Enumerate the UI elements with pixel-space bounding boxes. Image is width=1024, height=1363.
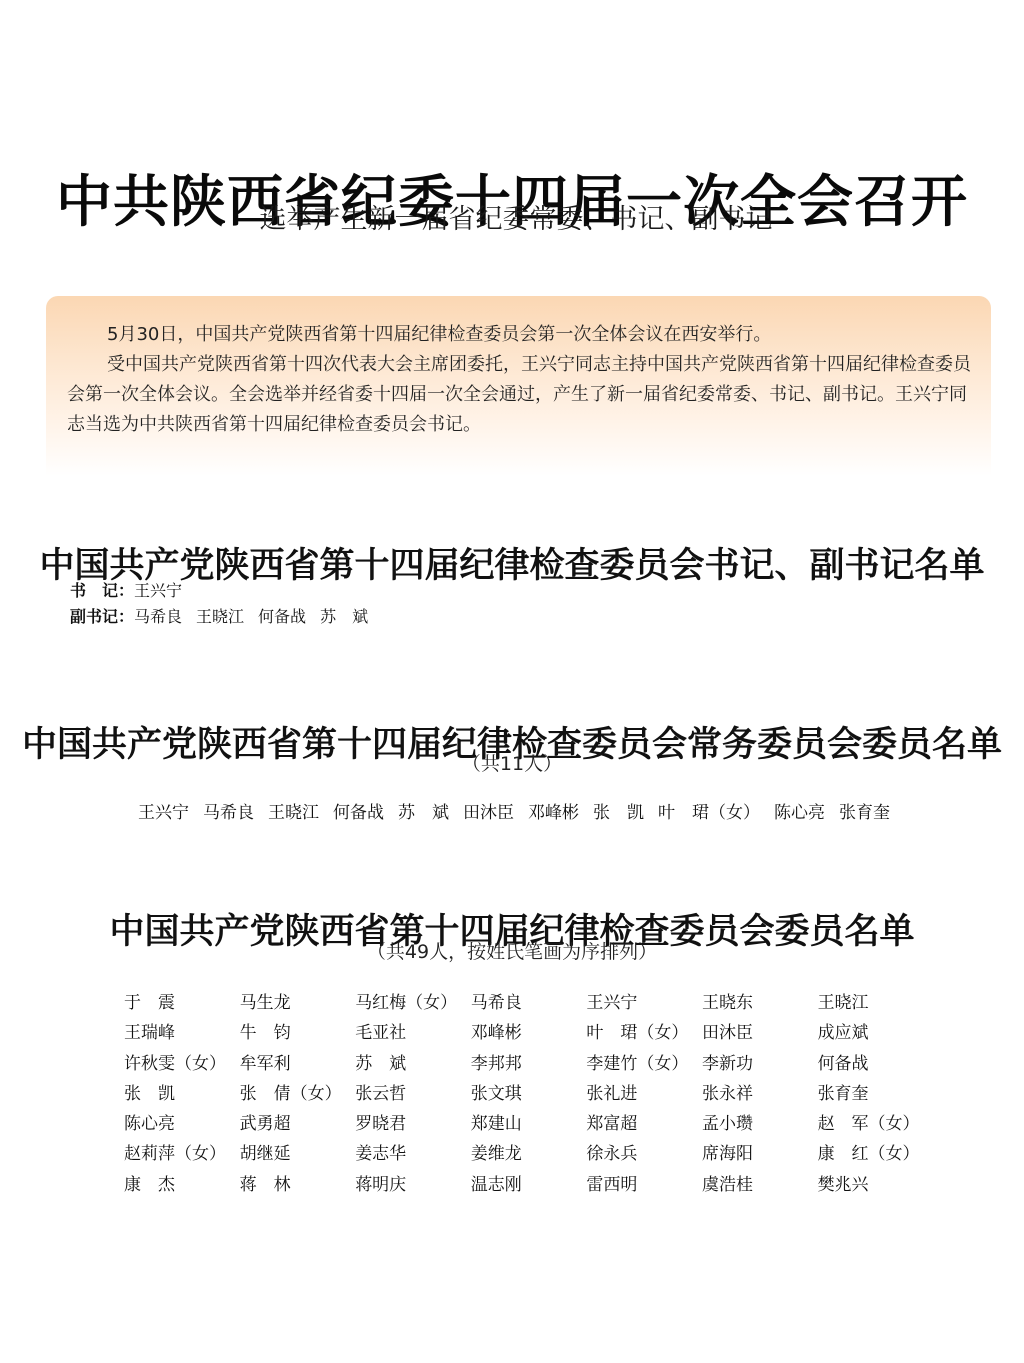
committee-count: （共49人，按姓氏笔画为序排列）	[0, 939, 1024, 965]
committee-member: 蒋明庆	[355, 1172, 471, 1202]
deputy-secretary-row: 副书记：马希良王晓江何备战苏 斌	[70, 605, 382, 629]
committee-member: 武勇超	[240, 1111, 356, 1141]
committee-member: 张永祥	[702, 1081, 818, 1111]
committee-member: 马红梅（女）	[355, 990, 471, 1020]
committee-member: 邓峰彬	[471, 1020, 587, 1050]
committee-member: 姜维龙	[471, 1141, 587, 1171]
committee-member: 郑富超	[586, 1111, 702, 1141]
committee-member: 赵莉萍（女）	[124, 1141, 240, 1171]
committee-member: 张礼进	[586, 1081, 702, 1111]
standing-committee-member: 邓峰彬	[528, 803, 579, 823]
committee-member: 蒋 林	[240, 1172, 356, 1202]
committee-member: 康 杰	[124, 1172, 240, 1202]
committee-member: 于 震	[124, 990, 240, 1020]
committee-member: 马希良	[471, 990, 587, 1020]
committee-member: 王瑞峰	[124, 1020, 240, 1050]
deputy-secretary-name: 马希良	[134, 607, 182, 626]
committee-member: 张 凯	[124, 1081, 240, 1111]
deputy-secretary-label: 副书记：	[70, 607, 134, 626]
committee-member: 虞浩桂	[702, 1172, 818, 1202]
committee-member: 苏 斌	[355, 1051, 471, 1081]
standing-committee-member: 王兴宁	[138, 803, 189, 823]
standing-committee-member: 田沐臣	[463, 803, 514, 823]
standing-committee-count: （共11人）	[0, 751, 1024, 777]
committee-member: 温志刚	[471, 1172, 587, 1202]
committee-member: 李新功	[702, 1051, 818, 1081]
secretary-name: 王兴宁	[134, 581, 182, 600]
standing-committee-member: 何备战	[333, 803, 384, 823]
intro-paragraph-2: 受中国共产党陕西省第十四次代表大会主席团委托，王兴宁同志主持中国共产党陕西省第十…	[67, 350, 979, 440]
standing-committee-member: 张 凯	[593, 803, 644, 823]
committee-member: 田沐臣	[702, 1020, 818, 1050]
standing-committee-member: 苏 斌	[398, 803, 449, 823]
standing-committee-member: 马希良	[203, 803, 254, 823]
committee-member: 李邦邦	[471, 1051, 587, 1081]
deputy-secretary-names: 马希良王晓江何备战苏 斌	[134, 607, 382, 626]
committee-member: 雷西明	[586, 1172, 702, 1202]
committee-member: 王晓东	[702, 990, 818, 1020]
committee-member: 马生龙	[240, 990, 356, 1020]
committee-member: 张育奎	[818, 1081, 934, 1111]
committee-member: 郑建山	[471, 1111, 587, 1141]
committee-member: 姜志华	[355, 1141, 471, 1171]
committee-member: 牟军利	[240, 1051, 356, 1081]
committee-member: 胡继延	[240, 1141, 356, 1171]
secretary-row: 书 记：王兴宁	[70, 579, 182, 603]
page-subtitle: 选举产生新一届省纪委常委、书记、副书记	[0, 202, 1024, 238]
standing-committee-member: 王晓江	[268, 803, 319, 823]
committee-member: 许秋雯（女）	[124, 1051, 240, 1081]
deputy-secretary-name: 苏 斌	[320, 607, 368, 626]
deputy-secretary-name: 王晓江	[196, 607, 244, 626]
intro-paragraph-1: 5月30日，中国共产党陕西省第十四届纪律检查委员会第一次全体会议在西安举行。	[67, 320, 979, 350]
committee-member: 毛亚社	[355, 1020, 471, 1050]
standing-committee-member: 张育奎	[839, 803, 890, 823]
committee-member: 牛 钧	[240, 1020, 356, 1050]
committee-member: 陈心亮	[124, 1111, 240, 1141]
committee-member: 樊兆兴	[818, 1172, 934, 1202]
committee-member: 徐永兵	[586, 1141, 702, 1171]
standing-committee-member: 叶 珺（女）	[658, 803, 760, 823]
committee-member: 成应斌	[818, 1020, 934, 1050]
committee-member: 张 倩（女）	[240, 1081, 356, 1111]
committee-member-grid: 于 震马生龙马红梅（女）马希良王兴宁王晓东王晓江王瑞峰牛 钧毛亚社邓峰彬叶 珺（…	[124, 990, 944, 1202]
committee-member: 叶 珺（女）	[586, 1020, 702, 1050]
standing-committee-member: 陈心亮	[774, 803, 825, 823]
committee-member: 罗晓君	[355, 1111, 471, 1141]
committee-member: 孟小瓒	[702, 1111, 818, 1141]
committee-member: 康 红（女）	[818, 1141, 934, 1171]
committee-member: 王晓江	[818, 990, 934, 1020]
committee-member: 何备战	[818, 1051, 934, 1081]
intro-summary-box: 5月30日，中国共产党陕西省第十四届纪律检查委员会第一次全体会议在西安举行。 受…	[46, 296, 991, 476]
standing-committee-member-list: 王兴宁马希良王晓江何备战苏 斌田沐臣邓峰彬张 凯叶 珺（女）陈心亮张育奎	[138, 801, 918, 825]
committee-member: 张云哲	[355, 1081, 471, 1111]
deputy-secretary-name: 何备战	[258, 607, 306, 626]
committee-member: 席海阳	[702, 1141, 818, 1171]
committee-member: 王兴宁	[586, 990, 702, 1020]
secretary-label: 书 记：	[70, 581, 134, 600]
committee-member: 李建竹（女）	[586, 1051, 702, 1081]
committee-member: 赵 军（女）	[818, 1111, 934, 1141]
committee-member: 张文琪	[471, 1081, 587, 1111]
